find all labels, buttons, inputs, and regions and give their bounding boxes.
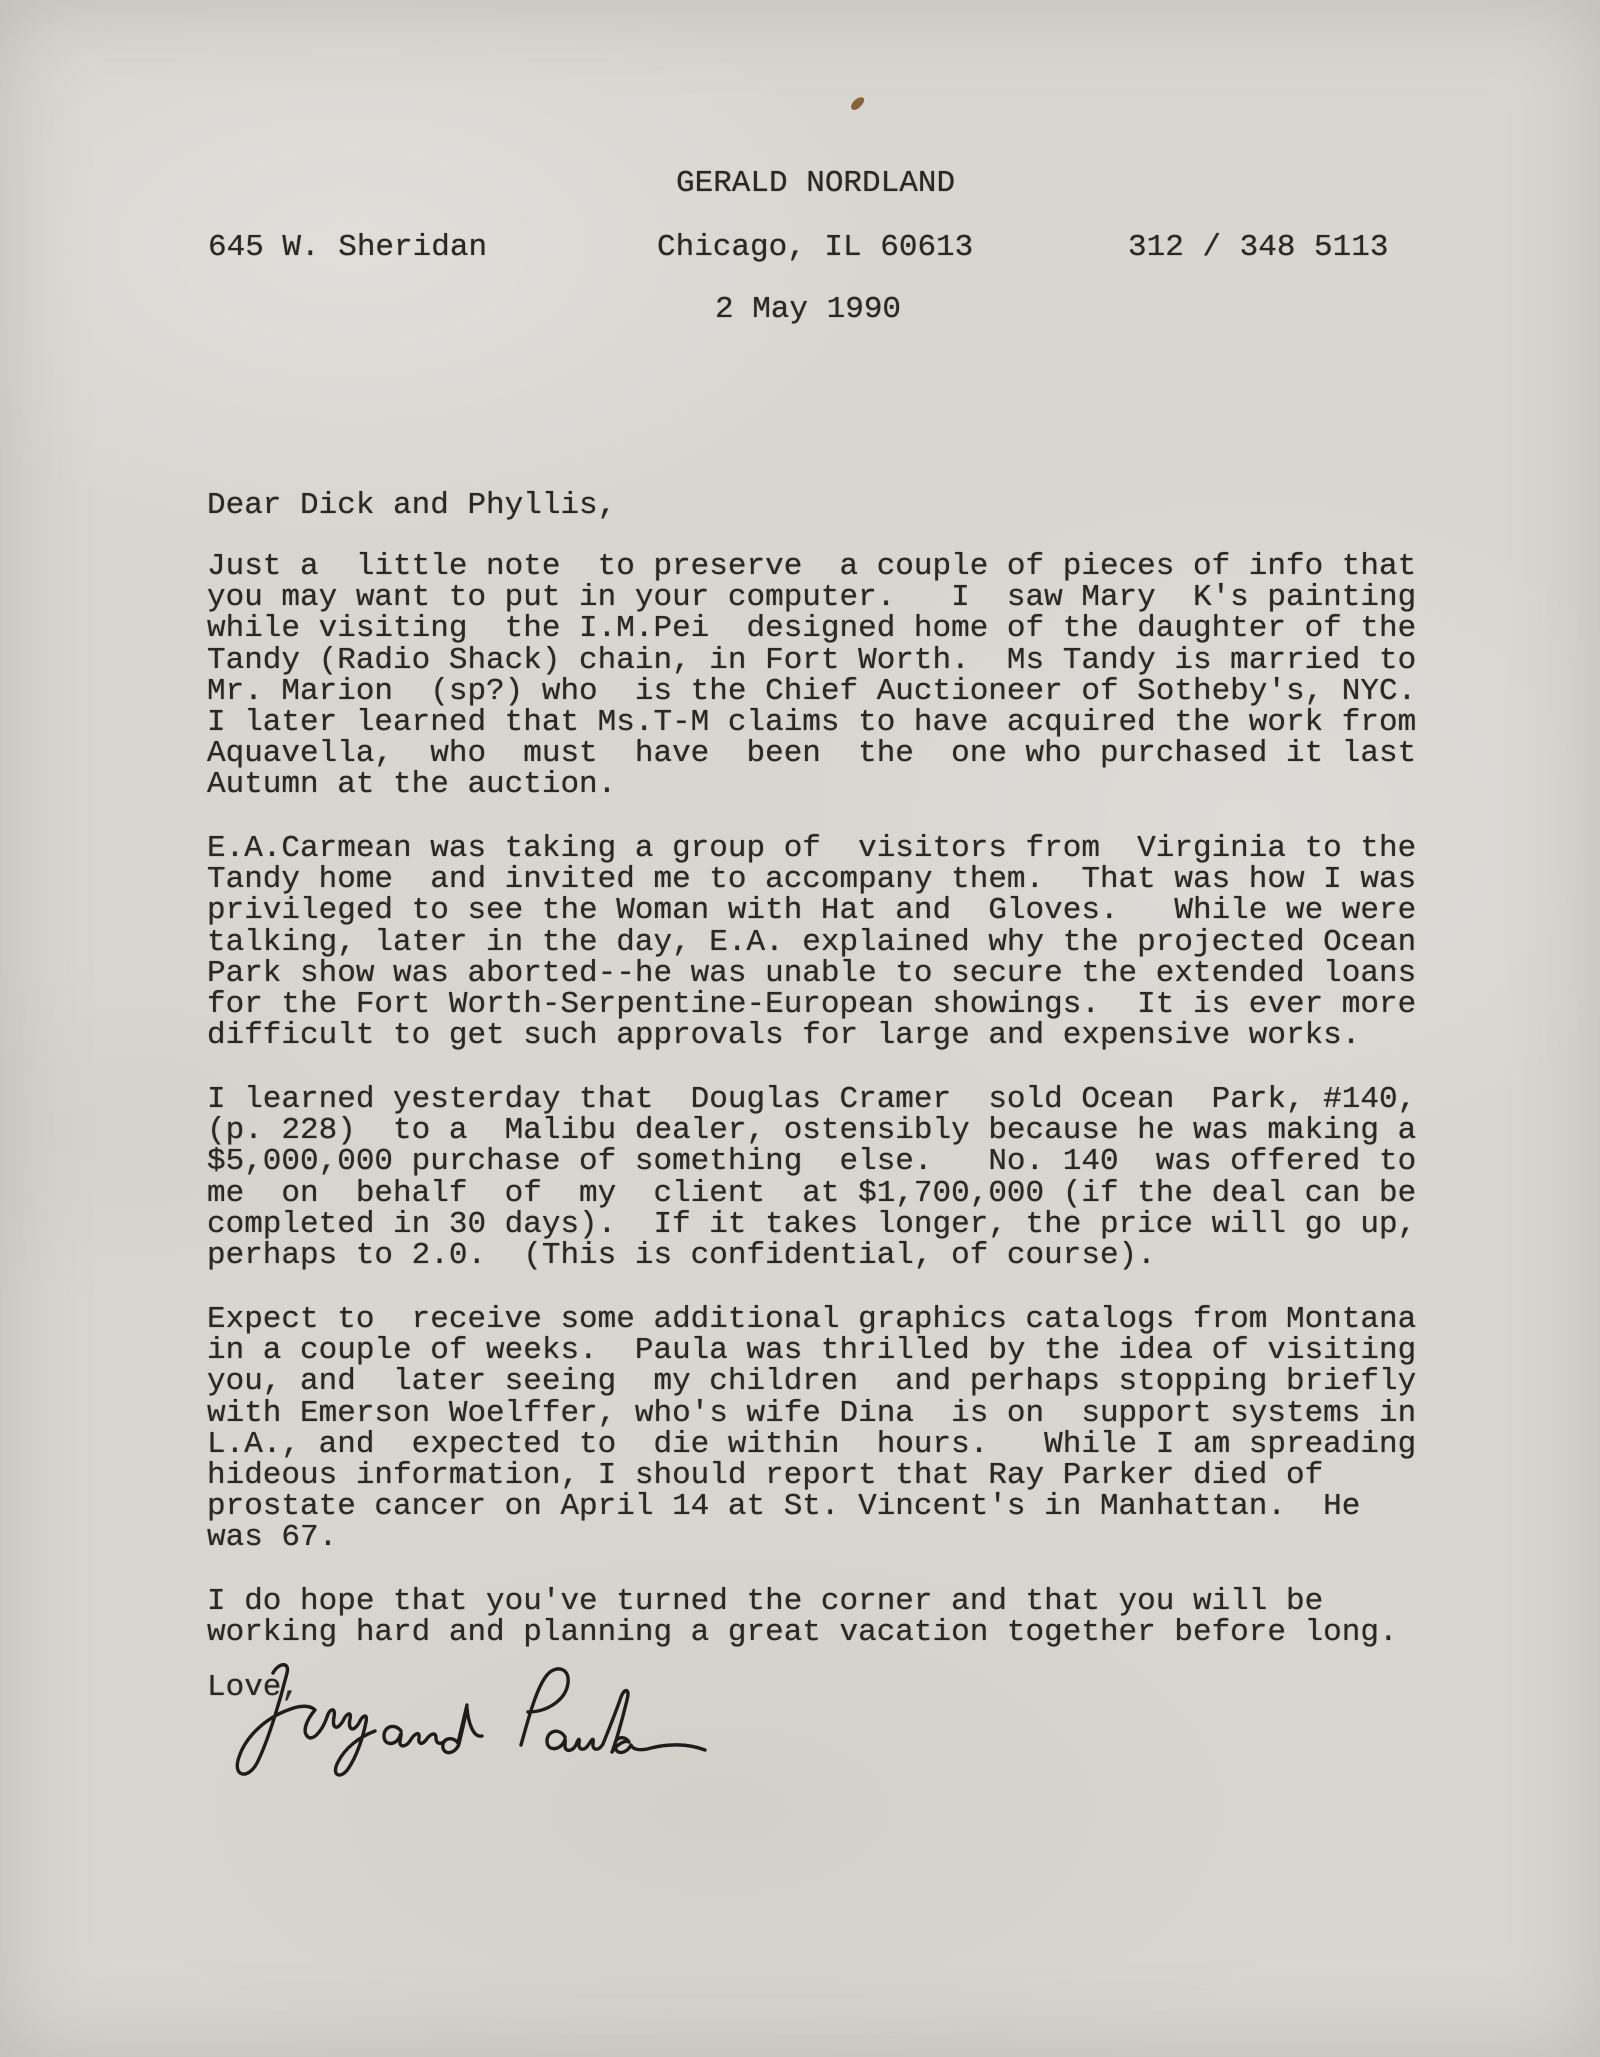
signature-stroke-jerry	[237, 1665, 375, 1775]
letterhead-name: GERALD NORDLAND	[676, 168, 955, 199]
city-state-zip: Chicago, IL 60613	[657, 232, 973, 263]
signature-stroke-and	[384, 1705, 482, 1753]
body-paragraph-5: I do hope that you've turned the corner …	[207, 1586, 1398, 1648]
body-paragraph-2: E.A.Carmean was taking a group of visito…	[207, 833, 1416, 1051]
body-paragraph-1: Just a little note to preserve a couple …	[207, 551, 1416, 801]
body-paragraph-3: I learned yesterday that Douglas Cramer …	[207, 1084, 1416, 1271]
salutation: Dear Dick and Phyllis,	[207, 490, 616, 521]
phone-number: 312 / 348 5113	[1128, 232, 1388, 263]
signature-stroke-paula-aula	[547, 1691, 705, 1753]
signature-handwriting	[235, 1655, 735, 1805]
body-paragraph-4: Expect to receive some additional graphi…	[207, 1304, 1416, 1554]
street-address: 645 W. Sheridan	[208, 232, 487, 263]
letter-page: GERALD NORDLAND 645 W. Sheridan Chicago,…	[0, 0, 1600, 2057]
letter-date: 2 May 1990	[715, 294, 901, 325]
paper-speck	[849, 95, 866, 111]
